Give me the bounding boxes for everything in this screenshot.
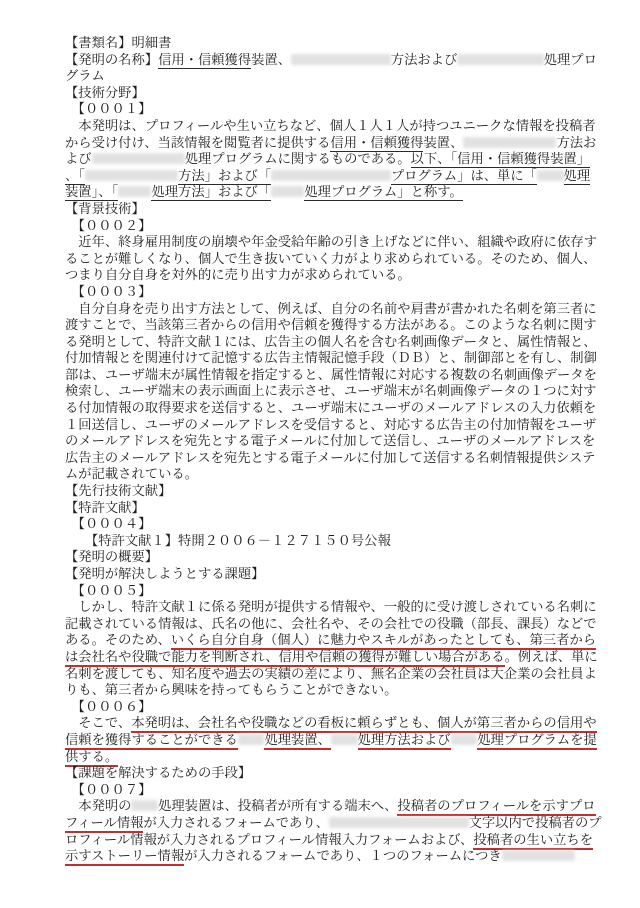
redacted-blank bbox=[457, 54, 543, 65]
text-segment: 【０００４】 bbox=[65, 517, 151, 532]
doc-line: ロフィール情報が入力されるプロフィール情報入力フォームおよび、投稿者の生い立ちを bbox=[65, 833, 610, 850]
text-segment: 自分自身を売り出す方法として、例えば、自分の名前や肩書が書かれた名刺を第三者に bbox=[65, 302, 597, 317]
text-segment: が入力されるフォームであり、 bbox=[143, 816, 329, 831]
doc-line: 装置」、「処理方法」および「処理プログラム」と称す。 bbox=[65, 185, 610, 202]
doc-line: 【０００５】 bbox=[65, 584, 610, 601]
doc-line: 【特許文献】 bbox=[65, 501, 610, 518]
text-segment: グラム bbox=[65, 69, 105, 84]
text-segment: 本発明の bbox=[65, 799, 131, 814]
text-segment: 方法および bbox=[391, 53, 457, 68]
doc-line: よび処理プログラムに関するものである。以下、「信用・信頼獲得装置」 bbox=[65, 152, 610, 169]
text-segment: 付加情報とを関連付けて記憶する広告主情報記憶手段（ＤＢ）と、制御部とを有し、制御 bbox=[65, 351, 597, 366]
text-segment: フィール情報 bbox=[65, 816, 143, 833]
text-segment: 処理 bbox=[564, 169, 591, 185]
document-body: 【書類名】明細書【発明の名称】信用・信頼獲得装置、方法および処理プログラム【技術… bbox=[65, 36, 610, 866]
redacted-blank bbox=[118, 186, 151, 197]
text-segment: 処理プログラムを提 bbox=[477, 733, 597, 750]
redacted-blank bbox=[463, 137, 556, 148]
redacted-blank bbox=[131, 800, 158, 811]
text-segment: 【０００２】 bbox=[65, 219, 151, 234]
doc-line: ムが記載されている。 bbox=[65, 467, 610, 484]
doc-line: 【先行技術文献】 bbox=[65, 484, 610, 501]
doc-line: 、「方法」および「プログラム」は、単に「処理 bbox=[65, 169, 610, 186]
text-segment: 【課題を解決するための手段】 bbox=[65, 766, 251, 781]
text-segment: 装置」、「 bbox=[65, 185, 118, 201]
doc-line: から受け付け、当該情報を閲覧者に提供する信用・信頼獲得装置、方法お bbox=[65, 136, 610, 153]
doc-line: 【技術分野】 bbox=[65, 86, 610, 103]
text-segment: 方法お bbox=[556, 136, 596, 151]
redacted-blank bbox=[271, 170, 391, 181]
doc-line: る付加情報の取得要求を送信すると、ユーザ端末にユーザのメールアドレスの入力依頼を bbox=[65, 401, 610, 418]
doc-line: ることが難しくなり、個人で生き抜いていく力がより求められている。そのため、個人、 bbox=[65, 252, 610, 269]
text-segment: 渡すことで、当該第三者からの信用や信頼を獲得する方法がある。このような名刺に関す bbox=[65, 318, 597, 333]
text-segment: 【特許文献１】特開２００６－１２７１５０号公報 bbox=[65, 534, 391, 549]
doc-line: ある。そのため、いくら自分自身（個人）に魅力やスキルがあったとしても、第三者から bbox=[65, 633, 610, 650]
text-segment: 【先行技術文献】 bbox=[65, 484, 171, 499]
text-segment: 【背景技術】 bbox=[65, 202, 145, 217]
doc-line: 【０００６】 bbox=[65, 700, 610, 717]
text-segment: 【特許文献】 bbox=[65, 501, 145, 516]
text-segment: 処理装置、 bbox=[264, 733, 330, 750]
doc-line: しかし、特許文献１に係る発明が提供する情報や、一般的に受け渡しされている名刺に bbox=[65, 600, 610, 617]
text-segment: 【０００３】 bbox=[65, 285, 151, 300]
redacted-blank bbox=[331, 734, 358, 745]
doc-line: 本発明の処理装置は、投稿者が所有する端末へ、投稿者のプロフィールを示すプロ bbox=[65, 799, 610, 816]
patent-document-page: 【書類名】明細書【発明の名称】信用・信頼獲得装置、方法および処理プログラム【技術… bbox=[0, 0, 640, 908]
text-segment: 処理プログラム」と称す。 bbox=[304, 185, 462, 201]
doc-line: 検索し、ユーザ端末の表示画面上に表示させ、ユーザ端末が名刺画像データの１つに対す bbox=[65, 384, 610, 401]
text-segment: 信頼を獲得することができる bbox=[65, 733, 238, 750]
doc-line: 信頼を獲得することができる処理装置、処理方法および処理プログラムを提 bbox=[65, 733, 610, 750]
doc-line: る発明として、特許文献１には、広告主の個人名を含む名刺画像データと、属性情報と、 bbox=[65, 335, 610, 352]
text-segment: 方法」および「 bbox=[178, 169, 271, 185]
doc-line: 【課題を解決するための手段】 bbox=[65, 766, 610, 783]
text-segment: そこで、 bbox=[65, 716, 131, 731]
doc-line: 【背景技術】 bbox=[65, 202, 610, 219]
doc-line: のメールアドレスを宛先とする電子メールに付加して送信し、ユーザのメールアドレスを bbox=[65, 434, 610, 451]
text-segment: 検索し、ユーザ端末の表示画面上に表示させ、ユーザ端末が名刺画像データの１つに対す bbox=[65, 384, 596, 399]
text-segment: りも、第三者から興味を持ってもらうことができない。 bbox=[65, 683, 397, 698]
text-segment: つまり自分自身を対外的に売り出す力が求められている。 bbox=[65, 268, 411, 283]
doc-line: 渡すことで、当該第三者からの信用や信頼を獲得する方法がある。このような名刺に関す bbox=[65, 318, 610, 335]
doc-line: 【発明の名称】信用・信頼獲得装置、方法および処理プロ bbox=[65, 53, 610, 70]
text-segment: 処理プログラムに関するものである。 bbox=[185, 152, 411, 167]
text-segment: 【技術分野】 bbox=[65, 86, 145, 101]
doc-line: 広告主のメールアドレスを宛先とする電子メールに付加して送信する名刺情報提供システ bbox=[65, 451, 610, 468]
redacted-blank bbox=[85, 170, 178, 181]
text-segment: 装置、 bbox=[251, 53, 291, 68]
text-segment: 【書類名】明細書 bbox=[65, 36, 171, 51]
text-segment: １回送信し、ユーザのメールアドレスを受信すると、対応する広告主の付加情報をユーザ bbox=[65, 418, 596, 433]
text-segment: 処理方法および bbox=[358, 733, 451, 750]
text-segment: 【発明が解決しようとする課題】 bbox=[65, 567, 264, 582]
text-segment: のメールアドレスを宛先とする電子メールに付加して送信し、ユーザのメールアドレスを bbox=[65, 434, 595, 449]
text-segment: 供する。 bbox=[65, 750, 118, 767]
text-segment: プログラム」は、単に「 bbox=[391, 169, 537, 185]
text-segment: 【発明の概要】 bbox=[65, 550, 158, 565]
text-segment: いくら自分自身（個人）に魅力やスキルがあったとしても、第三者から bbox=[171, 633, 596, 650]
text-segment: 【０００５】 bbox=[65, 584, 151, 599]
text-segment: 示すストーリー情報 bbox=[65, 849, 184, 866]
doc-line: りも、第三者から興味を持ってもらうことができない。 bbox=[65, 683, 610, 700]
doc-line: 自分自身を売り出す方法として、例えば、自分の名前や肩書が書かれた名刺を第三者に bbox=[65, 302, 610, 319]
text-segment: る発明として、特許文献１には、広告主の個人名を含む名刺画像データと、属性情報と、 bbox=[65, 335, 597, 350]
redacted-blank bbox=[271, 186, 304, 197]
doc-line: 【書類名】明細書 bbox=[65, 36, 610, 53]
doc-line: 【０００７】 bbox=[65, 783, 610, 800]
doc-line: １回送信し、ユーザのメールアドレスを受信すると、対応する広告主の付加情報をユーザ bbox=[65, 418, 610, 435]
text-segment: ロフィール情報が入力されるプロフィール情報入力フォームおよび、 bbox=[65, 833, 473, 848]
text-segment: から受け付け、当該情報を閲覧者に提供する bbox=[65, 136, 330, 151]
text-segment: 【０００７】 bbox=[65, 783, 151, 798]
text-segment: 。例えば、単に bbox=[505, 650, 598, 665]
text-segment: よび bbox=[65, 152, 92, 167]
text-segment: ることが難しくなり、個人で生き抜いていく力がより求められている。そのため、個人、 bbox=[65, 252, 596, 267]
text-segment: ムが記載されている。 bbox=[65, 467, 198, 482]
text-segment: 近年、終身雇用制度の崩壊や年金受給年齢の引き上げなどに伴い、組織や政府に依存す bbox=[65, 235, 597, 250]
doc-line: 付加情報とを関連付けて記憶する広告主情報記憶手段（ＤＢ）と、制御部とを有し、制御 bbox=[65, 351, 610, 368]
doc-line: 部は、ユーザ端末が属性情報を指定すると、属性情報に対応する複数の名刺画像データを bbox=[65, 368, 610, 385]
text-segment: 【発明の名称】 bbox=[65, 53, 158, 68]
redacted-blank bbox=[451, 734, 478, 745]
doc-line: 本発明は、プロフィールや生い立ちなど、個人１人１人が持つユニークな情報を投稿者 bbox=[65, 119, 610, 136]
text-segment: 記載されている情報は、氏名の他に、会社名や、その会社での役職（部長、課長）などで bbox=[65, 617, 597, 632]
text-segment: 部は、ユーザ端末が属性情報を指定すると、属性情報に対応する複数の名刺画像データを bbox=[65, 368, 597, 383]
doc-line: 名刺を渡しても、知名度や過去の実績の差により、無名企業の会社員は大企業の会社員よ bbox=[65, 667, 610, 684]
doc-line: 【０００１】 bbox=[65, 102, 610, 119]
text-segment: 本発明は、プロフィールや生い立ちなど、個人１人１人が持つユニークな情報を投稿者 bbox=[65, 119, 596, 134]
text-segment: 文字以内で投稿者のプ bbox=[469, 816, 602, 831]
redacted-blank bbox=[92, 153, 185, 164]
text-segment: 信用・信頼獲得 bbox=[158, 53, 251, 69]
text-segment: る付加情報の取得要求を送信すると、ユーザ端末にユーザのメールアドレスの入力依頼を bbox=[65, 401, 596, 416]
redacted-blank bbox=[537, 170, 564, 181]
text-segment: 以下、「信用・信頼獲得装置」 bbox=[411, 152, 591, 168]
text-segment: しかし、特許文献１に係る発明が提供する情報や、一般的に受け渡しされている名刺に bbox=[65, 600, 597, 615]
doc-line: 記載されている情報は、氏名の他に、会社名や、その会社での役職（部長、課長）などで bbox=[65, 617, 610, 634]
doc-line: 【０００４】 bbox=[65, 517, 610, 534]
text-segment: 【０００６】 bbox=[65, 700, 151, 715]
text-segment: 投稿者の生い立ちを bbox=[473, 833, 593, 850]
doc-line: 示すストーリー情報が入力されるフォームであり、１つのフォームにつき bbox=[65, 849, 610, 866]
text-segment: 信用・信頼獲得 bbox=[330, 136, 423, 152]
text-segment: は会社名や役職で能力を判断され、信用や信頼の獲得が難しい場合がある bbox=[65, 650, 505, 667]
doc-line: は会社名や役職で能力を判断され、信用や信頼の獲得が難しい場合がある。例えば、単に bbox=[65, 650, 610, 667]
doc-line: 【０００２】 bbox=[65, 219, 610, 236]
doc-line: 供する。 bbox=[65, 750, 610, 767]
text-segment: 広告主のメールアドレスを宛先とする電子メールに付加して送信する名刺情報提供システ bbox=[65, 451, 595, 466]
text-segment: 名刺を渡しても、知名度や過去の実績の差により、無名企業の会社員は大企業の会社員よ bbox=[65, 667, 597, 682]
doc-line: 【発明の概要】 bbox=[65, 550, 610, 567]
doc-line: 近年、終身雇用制度の崩壊や年金受給年齢の引き上げなどに伴い、組織や政府に依存す bbox=[65, 235, 610, 252]
doc-line: そこで、本発明は、会社名や役職などの看板に頼らずとも、個人が第三者からの信用や bbox=[65, 716, 610, 733]
doc-line: フィール情報が入力されるフォームであり、文字以内で投稿者のプ bbox=[65, 816, 610, 833]
redacted-blank bbox=[329, 817, 469, 828]
text-segment: 、「 bbox=[65, 169, 85, 185]
text-segment: 装置、 bbox=[423, 136, 463, 151]
redacted-blank bbox=[291, 54, 391, 65]
text-segment: 投稿者のプロフィールを示すプロ bbox=[397, 799, 595, 816]
doc-line: 【特許文献１】特開２００６－１２７１５０号公報 bbox=[65, 534, 610, 551]
text-segment: 処理方法」および「 bbox=[151, 185, 271, 201]
text-segment: 処理装置は、投稿者が所有する端末へ、 bbox=[158, 799, 397, 814]
text-segment: 【０００１】 bbox=[65, 102, 151, 117]
text-segment: 処理プロ bbox=[544, 53, 597, 68]
text-segment: が入力されるフォームであり、１つのフォームにつき bbox=[184, 849, 502, 864]
text-segment: ある。そのため、 bbox=[65, 633, 171, 648]
redacted-blank bbox=[502, 850, 575, 861]
doc-line: 【発明が解決しようとする課題】 bbox=[65, 567, 610, 584]
redacted-blank bbox=[238, 734, 265, 745]
text-segment: 本発明は、会社名や役職などの看板に頼らずとも、個人が第三者からの信用や bbox=[131, 716, 596, 733]
doc-line: グラム bbox=[65, 69, 610, 86]
doc-line: 【０００３】 bbox=[65, 285, 610, 302]
doc-line: つまり自分自身を対外的に売り出す力が求められている。 bbox=[65, 268, 610, 285]
